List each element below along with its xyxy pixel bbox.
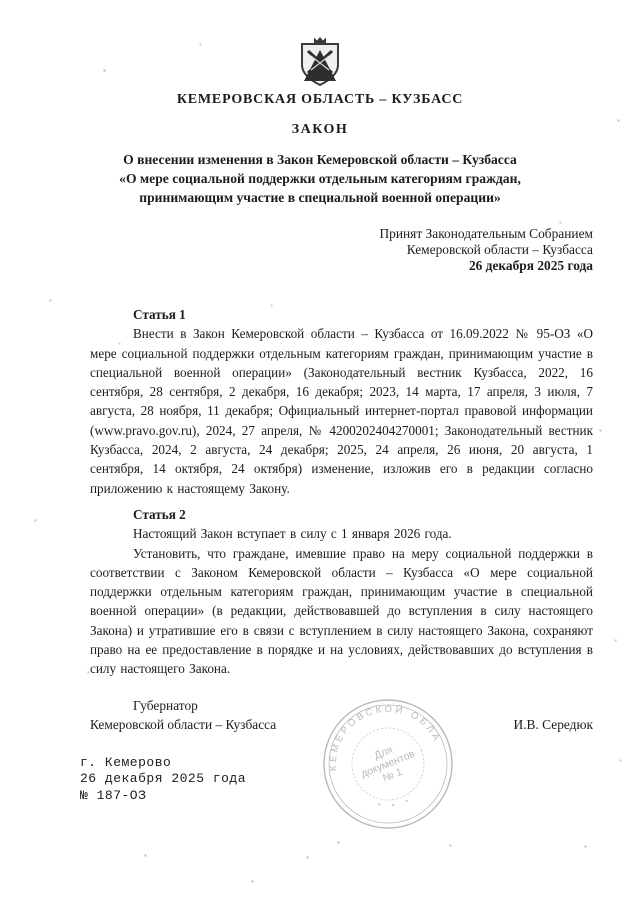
- signatory-name: И.В. Середюк: [514, 715, 593, 734]
- issuance-block: г. Кемерово 26 декабря 2025 года № 187-О…: [80, 755, 640, 805]
- article-2-paragraph-1: Настоящий Закон вступает в силу с 1 янва…: [90, 524, 593, 543]
- kemerovo-coat-of-arms-icon: [297, 36, 343, 88]
- law-title-line-3: принимающим участие в специальной военно…: [0, 188, 640, 207]
- article-1-heading: Статья 1: [90, 305, 593, 324]
- issuance-number: № 187-ОЗ: [80, 788, 640, 805]
- signature-block: Губернатор Кемеровской области – Кузбасс…: [90, 696, 593, 734]
- region-title: КЕМЕРОВСКАЯ ОБЛАСТЬ – КУЗБАСС: [0, 91, 640, 108]
- law-title: О внесении изменения в Закон Кемеровской…: [0, 150, 640, 207]
- signatory-position: Губернатор Кемеровской области – Кузбасс…: [90, 696, 276, 734]
- issuance-date: 26 декабря 2025 года: [80, 771, 640, 788]
- scanned-law-document-page: КЕМЕРОВСКАЯ ОБЛАСТЬ – КУЗБАСС ЗАКОН О вн…: [0, 0, 640, 905]
- law-title-line-2: «О мере социальной поддержки отдельным к…: [0, 169, 640, 188]
- adoption-line-1: Принят Законодательным Собранием: [0, 226, 593, 242]
- signatory-position-line-1: Губернатор: [90, 696, 276, 715]
- document-type-heading: ЗАКОН: [0, 121, 640, 138]
- article-1-paragraph: Внести в Закон Кемеровской области – Куз…: [90, 324, 593, 498]
- scan-noise: [0, 0, 1, 1]
- issuance-city: г. Кемерово: [80, 755, 640, 772]
- article-2-heading: Статья 2: [90, 505, 593, 524]
- adoption-block: Принят Законодательным Собранием Кемеров…: [0, 226, 593, 274]
- law-title-line-1: О внесении изменения в Закон Кемеровской…: [0, 150, 640, 169]
- adoption-line-2: Кемеровской области – Кузбасса: [0, 242, 593, 258]
- document-body: Статья 1 Внести в Закон Кемеровской обла…: [90, 305, 593, 679]
- signatory-position-line-2: Кемеровской области – Кузбасса: [90, 715, 276, 734]
- adoption-date: 26 декабря 2025 года: [0, 258, 593, 274]
- article-2-paragraph-2: Установить, что граждане, имевшие право …: [90, 544, 593, 679]
